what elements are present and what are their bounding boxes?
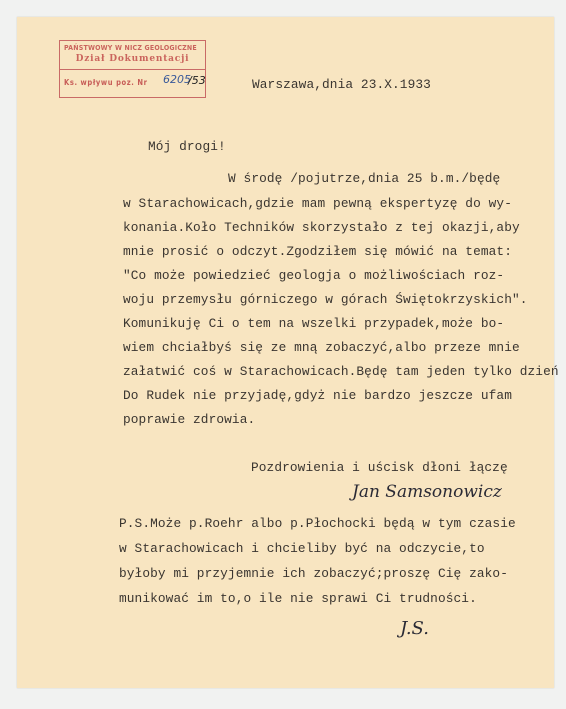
body-line: woju przemysłu górniczego w górach Święt… (123, 292, 528, 307)
postscript-line: P.S.Może p.Roehr albo p.Płochocki będą w… (119, 516, 516, 531)
body-line: załatwić coś w Starachowicach.Będę tam j… (123, 364, 559, 379)
body-line: wiem chciałbyś się ze mną zobaczyć,albo … (123, 340, 520, 355)
postscript-line: munikować im to,o ile nie sprawi Ci trud… (119, 591, 477, 606)
stamp-register-number: 6205 (163, 73, 191, 86)
body-line: konania.Koło Techników skorzystało z tej… (123, 220, 520, 235)
stamp-institution: PAŃSTWOWY W NICZ GEOLOGICZNE (64, 44, 197, 52)
body-line: "Co może powiedzieć geologja o możliwośc… (123, 268, 504, 283)
postscript-line: w Starachowicach i chcieliby być na odcz… (119, 541, 485, 556)
body-line: W środę /pojutrze,dnia 25 b.m./będę (228, 171, 500, 186)
stamp-divider (60, 69, 205, 70)
body-line: poprawie zdrowia. (123, 412, 255, 427)
stamp-register-suffix: /53 (188, 74, 206, 87)
body-line: Do Rudek nie przyjadę,gdyż nie bardzo je… (123, 388, 512, 403)
body-line: Komunikuję Ci o tem na wszelki przypadek… (123, 316, 504, 331)
salutation: Mój drogi! (148, 139, 226, 154)
initials-signature: J.S. (400, 618, 429, 639)
body-line: w Starachowicach,gdzie mam pewną ekspert… (123, 196, 512, 211)
stamp-register-label: Ks. wpływu poz. Nr (64, 78, 148, 87)
archive-stamp: PAŃSTWOWY W NICZ GEOLOGICZNE Dział Dokum… (59, 40, 206, 98)
stamp-department: Dział Dokumentacji (60, 54, 205, 64)
postscript-line: byłoby mi przyjemnie ich zobaczyć;proszę… (119, 566, 508, 581)
body-line: mnie prosić o odczyt.Zgodziłem się mówić… (123, 244, 512, 259)
place-date: Warszawa,dnia 23.X.1933 (252, 77, 431, 92)
signature: Jan Samsonowicz (352, 482, 502, 502)
closing: Pozdrowienia i uścisk dłoni łączę (251, 460, 508, 475)
